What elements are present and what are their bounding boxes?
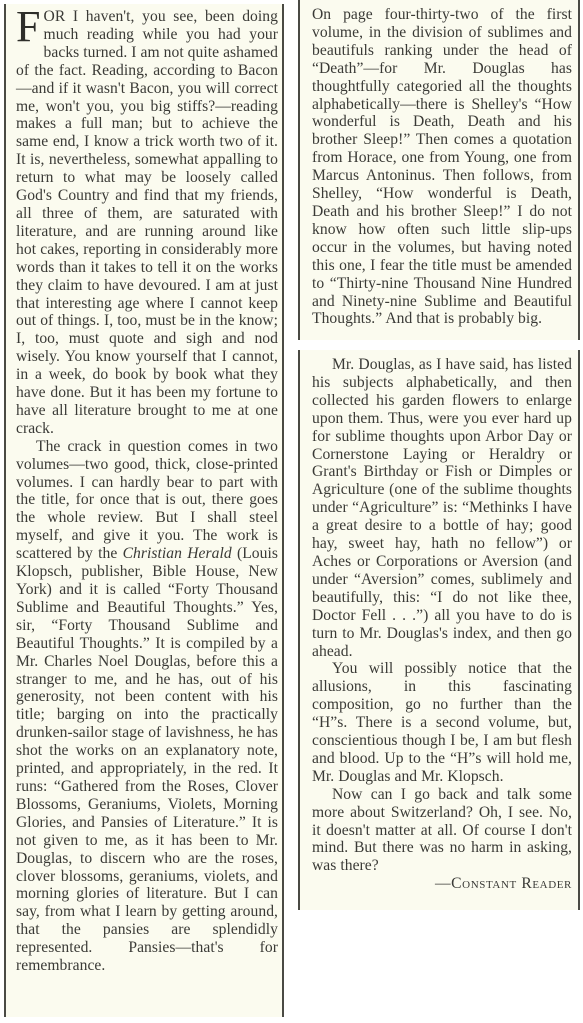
- drop-cap: F: [16, 10, 41, 44]
- second-paragraph-text-b: (Louis Klopsch, publisher, Bible House, …: [16, 545, 278, 974]
- second-paragraph: The crack in question comes in two volum…: [16, 438, 278, 975]
- opening-paragraph-text: I haven't, you see, been doing much read…: [16, 8, 278, 437]
- allusions-paragraph: You will possibly notice that the allusi…: [312, 660, 572, 785]
- right-top-left-rule: [298, 0, 300, 340]
- left-column-right-rule: [282, 4, 284, 1017]
- second-paragraph-text-a: The crack in question comes in two volum…: [16, 438, 278, 562]
- left-column-left-rule: [4, 4, 6, 1017]
- lead-small-caps: OR: [44, 8, 66, 25]
- left-column-text: FOR I haven't, you see, been doing much …: [16, 8, 278, 975]
- right-top-clipping: On page four-thirty-two of the first vol…: [298, 0, 580, 340]
- right-bottom-clipping: Mr. Douglas, as I have said, has listed …: [298, 350, 580, 910]
- right-top-right-rule: [578, 0, 580, 340]
- left-column-clipping: FOR I haven't, you see, been doing much …: [4, 4, 284, 1017]
- right-top-text: On page four-thirty-two of the first vol…: [312, 6, 572, 328]
- right-bottom-text: Mr. Douglas, as I have said, has listed …: [312, 356, 572, 893]
- death-section-paragraph: On page four-thirty-two of the first vol…: [312, 6, 572, 328]
- right-bottom-right-rule: [578, 350, 580, 910]
- right-bottom-left-rule: [298, 350, 300, 910]
- publication-title: Christian Herald: [123, 545, 232, 562]
- author-signature: —Constant Reader: [312, 875, 572, 893]
- index-paragraph: Mr. Douglas, as I have said, has listed …: [312, 356, 572, 660]
- switzerland-paragraph: Now can I go back and talk some more abo…: [312, 786, 572, 876]
- opening-paragraph: FOR I haven't, you see, been doing much …: [16, 8, 278, 438]
